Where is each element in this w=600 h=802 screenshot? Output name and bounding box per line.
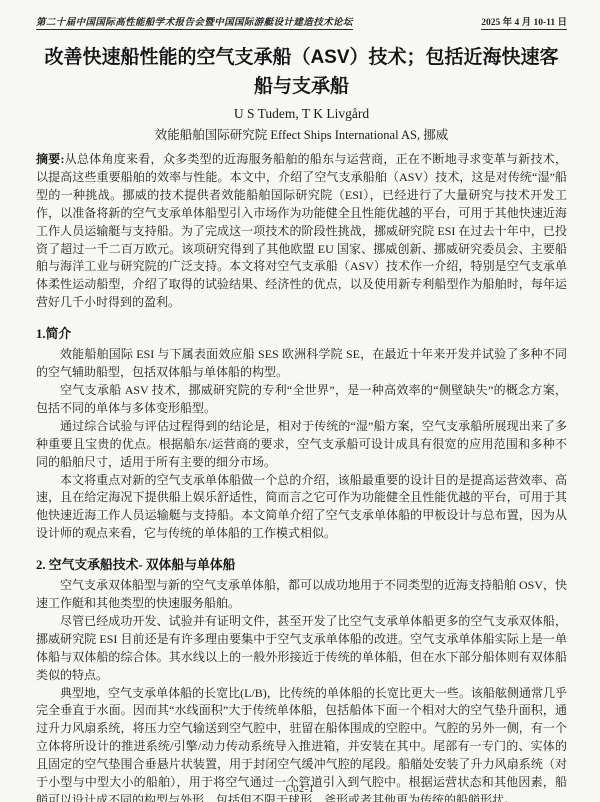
section-2-heading: 2. 空气支承船技术- 双体船与单体船: [36, 554, 567, 573]
page-number: C02-1: [0, 784, 600, 795]
section-2-paragraph-1: 空气支承双体船型与新的空气支承单体船，都可以成功地用于不同类型的近海支持船舶 O…: [36, 577, 567, 613]
running-header: 第二十届中国国际高性能船学术报告会暨中国国际游艇设计建造技术论坛 2025 年 …: [36, 14, 567, 30]
paper-affiliation: 效能船舶国际研究院 Effect Ships International AS,…: [36, 125, 567, 143]
section-1-paragraph-4: 本文将重点对新的空气支承单体船做一个总的介绍，该船最重要的设计目的是提高运营效率…: [36, 472, 567, 544]
paper-title: 改善快速船性能的空气支承船（ASV）技术；包括近海快速客船与支承船: [42, 43, 561, 101]
conference-date: 2025 年 4 月 10-11 日: [481, 14, 567, 30]
abstract-paragraph: 摘要:从总体角度来看，众多类型的近海服务船舶的船东与运营商，正在不断地寻求变革与…: [36, 151, 567, 312]
conference-name: 第二十届中国国际高性能船学术报告会暨中国国际游艇设计建造技术论坛: [36, 14, 353, 30]
abstract-text: 从总体角度来看，众多类型的近海服务船舶的船东与运营商，正在不断地寻求变革与新技术…: [36, 152, 567, 309]
paper-page: 第二十届中国国际高性能船学术报告会暨中国国际游艇设计建造技术论坛 2025 年 …: [0, 0, 600, 802]
paper-authors: U S Tudem, T K Livgård: [36, 106, 567, 122]
section-1-paragraph-3: 通过综合试验与评估过程得到的结论是，相对于传统的“湿”船方案，空气支承船所展现出…: [36, 418, 567, 472]
section-1-paragraph-2: 空气支承船 ASV 技术，挪威研究院的专利“全世界”，是一种高效率的“侧壁缺失”…: [36, 382, 567, 418]
section-2-paragraph-2: 尽管已经成功开发、试验并有证明文件，甚至开发了比空气支承单体船更多的空气支承双体…: [36, 613, 567, 685]
section-1-paragraph-1: 效能船舶国际 ESI 与下属表面效应船 SES 欧洲科学院 SE，在最近十年来开…: [36, 346, 567, 382]
abstract-label: 摘要:: [36, 152, 65, 166]
section-1-heading: 1.简介: [36, 323, 567, 342]
